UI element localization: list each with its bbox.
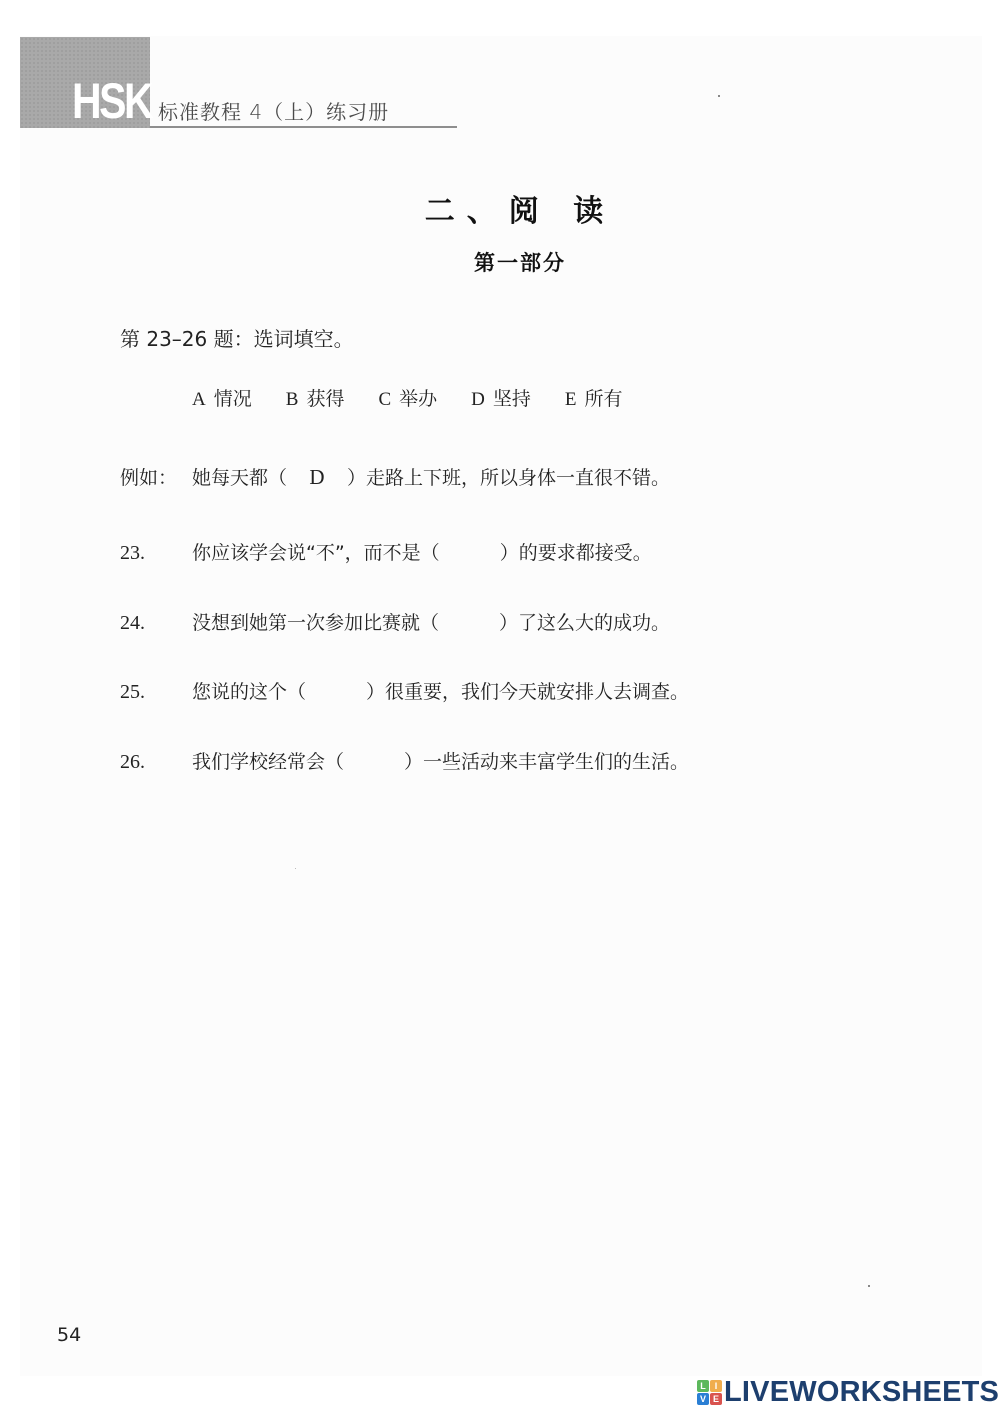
question-number: 26.	[120, 751, 192, 774]
question-text-before: 我们学校经常会（	[192, 751, 344, 773]
example-text-before: 她每天都（	[192, 467, 287, 489]
option-word: 情况	[214, 388, 252, 410]
part-title: 第一部分	[0, 247, 1000, 277]
book-title: 标准教程 4（上）练习册	[158, 96, 389, 125]
example-label: 例如：	[120, 463, 192, 490]
live-badge-icon: L I V E	[697, 1380, 722, 1405]
option-letter: C	[378, 389, 391, 410]
option-letter: B	[286, 389, 299, 410]
question-text-after: ）了这么大的成功。	[499, 612, 670, 634]
word-option-e: E所有	[565, 384, 623, 411]
question-number: 25.	[120, 681, 192, 704]
option-word: 获得	[306, 388, 344, 410]
header-divider	[150, 126, 457, 128]
scan-speck	[868, 1285, 870, 1287]
page-number: 54	[57, 1324, 81, 1346]
example-answer: D	[287, 465, 347, 490]
scan-speck	[295, 868, 296, 869]
badge-letter: V	[697, 1393, 709, 1405]
option-letter: A	[192, 389, 206, 410]
option-word: 所有	[585, 388, 623, 410]
worksheet-page	[20, 36, 982, 1376]
question-number: 24.	[120, 612, 192, 635]
word-option-c: C举办	[378, 384, 437, 411]
instruction: 第 23–26 题：选词填空。	[120, 323, 354, 352]
question-text-before: 没想到她第一次参加比赛就（	[192, 612, 439, 634]
question-text-after: ）一些活动来丰富学生们的生活。	[404, 751, 689, 773]
example-text-after: ）走路上下班，所以身体一直很不错。	[347, 467, 670, 489]
watermark-text: LIVEWORKSHEETS	[724, 1378, 999, 1407]
word-option-a: A情况	[192, 384, 252, 411]
question-number: 23.	[120, 542, 192, 565]
question-26: 26.我们学校经常会（）一些活动来丰富学生们的生活。	[120, 747, 689, 774]
word-option-b: B获得	[286, 384, 345, 411]
option-letter: E	[565, 389, 577, 410]
scan-speck	[718, 95, 720, 97]
option-letter: D	[471, 389, 485, 410]
example-row: 例如：她每天都（D）走路上下班，所以身体一直很不错。	[120, 463, 670, 490]
liveworksheets-watermark: L I V E LIVEWORKSHEETS	[697, 1378, 999, 1407]
question-text-before: 您说的这个（	[192, 681, 306, 703]
option-word: 坚持	[493, 388, 531, 410]
word-bank: A情况 B获得 C举办 D坚持 E所有	[192, 384, 657, 411]
word-option-d: D坚持	[471, 384, 531, 411]
hsk-logo: HSK	[72, 76, 151, 126]
question-text-before: 你应该学会说“不”，而不是（	[192, 542, 440, 564]
badge-letter: E	[710, 1393, 722, 1405]
badge-letter: I	[710, 1380, 722, 1392]
badge-letter: L	[697, 1380, 709, 1392]
question-text-after: ）的要求都接受。	[500, 542, 652, 564]
question-23: 23.你应该学会说“不”，而不是（）的要求都接受。	[120, 538, 652, 565]
question-25: 25.您说的这个（）很重要，我们今天就安排人去调查。	[120, 677, 689, 704]
question-24: 24.没想到她第一次参加比赛就（）了这么大的成功。	[120, 608, 670, 635]
option-word: 举办	[399, 388, 437, 410]
section-title: 二、阅 读	[0, 186, 1000, 230]
question-text-after: ）很重要，我们今天就安排人去调查。	[366, 681, 689, 703]
